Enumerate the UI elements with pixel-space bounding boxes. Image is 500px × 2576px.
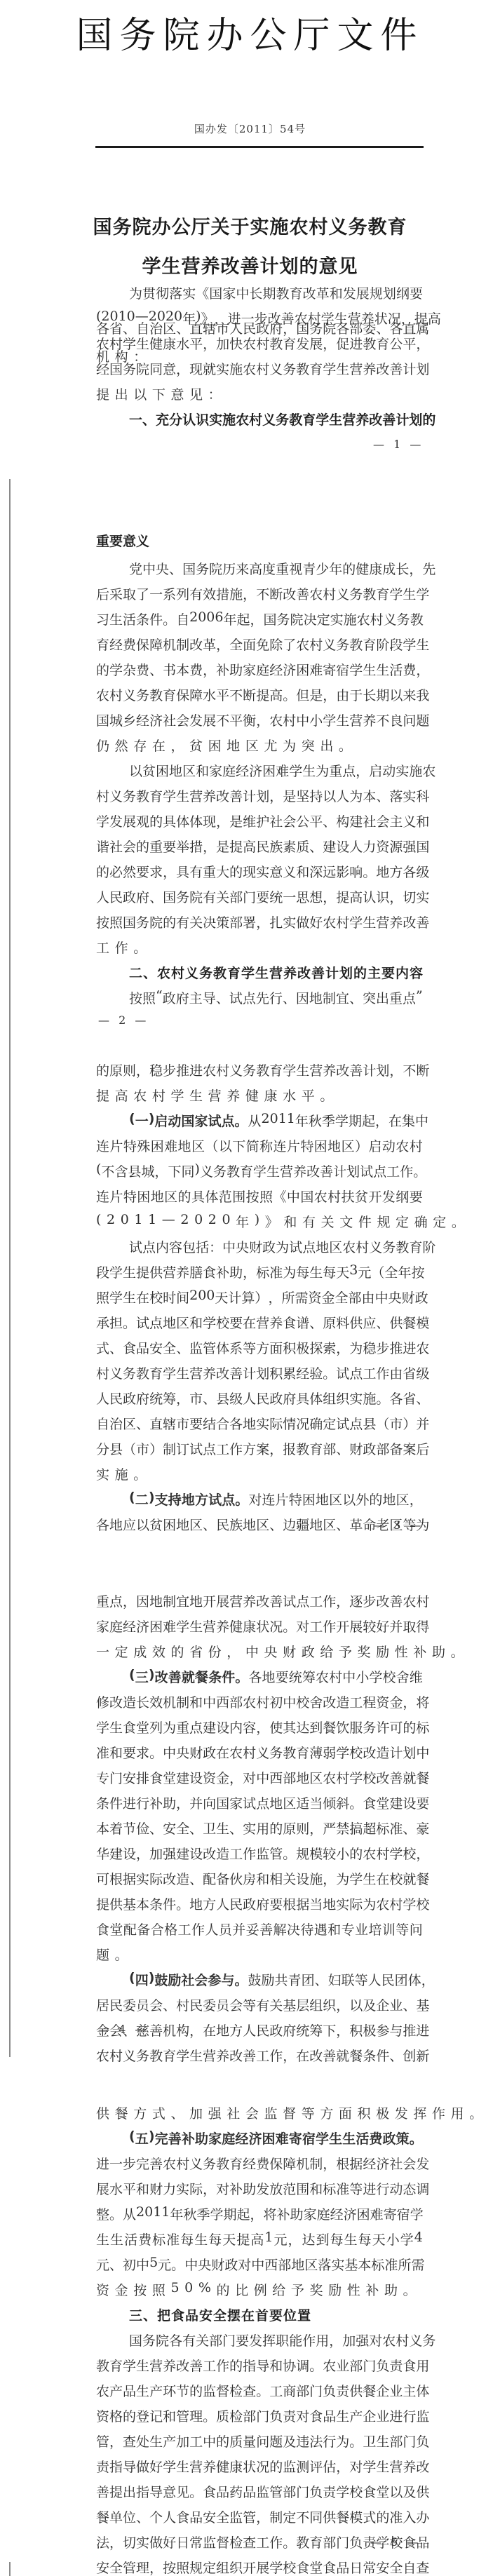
body-text-line: 金会、慈善机构，在地方人民政府统筹下，积极参与推进 [96,2021,423,2042]
body-text-line: 各地应以贫困地区、民族地区、边疆地区、革命老区等为 [96,1515,423,1536]
body-text-line: 农产品生产环节的监督检查。工商部门负责供餐企业主体 [96,2381,423,2402]
body-text-line: 学发展观的具体体现，是维护社会公平、构建社会主义和 [96,811,423,832]
body-text-line: 后采取了一系列有效措施，不断改善农村义务教育学生学 [96,584,423,605]
body-text-line: 按照“政府主导、试点先行、因地制宜、突出重点” [129,988,423,1009]
body-text-line: 的学杂费、书本费，补助家庭经济困难寄宿学生生活费， [96,660,423,681]
body-text-line: 题。 [96,1945,423,1966]
section-heading: 二、农村义务教育学生营养改善计划的主要内容 [129,963,424,984]
body-text-line: 的必然要求，具有重大的现实意义和深远影响。地方各级 [96,862,423,883]
body-text-line: 责指导做好学生营养健康状况的监测评估，对学生营养改 [96,2457,423,2478]
body-text-line: (二)支持地方试点。对连片特困地区以外的地区， [129,1490,423,1511]
body-text-line: 段学生提供营养膳食补助，标准为每生每天3元（全年按 [96,1262,423,1283]
body-text-line: 元、初中5元。中央财政对中西部地区落实基本标准所需 [96,2255,423,2276]
body-text-line: 试点内容包括：中央财政为试点地区农村义务教育阶 [129,1237,423,1258]
page-number-1: — 1 — [373,438,424,451]
body-text-line: (2011—2020年)》和有关文件规定确定。 [96,1212,423,1233]
body-text-line: (三)改善就餐条件。各地要统筹农村中小学校舍维 [129,1667,423,1688]
body-text-line: 提高农村学生营养健康水平。 [96,1086,423,1107]
body-text-line: 学生食堂列为重点建设内容，使其达到餐饮服务许可的标 [96,1718,423,1739]
body-text-line: 党中央、国务院历来高度重视青少年的健康成长，先 [129,559,423,580]
body-text-line: 家庭经济困难学生营养健康状况。对工作开展较好并取得 [96,1617,423,1638]
document-title-line-1: 国务院办公厅关于实施农村义务教育 [0,212,500,239]
body-text-line: 农村义务教育保障水平不断提高。但是，由于长期以来我 [96,685,423,706]
document-header-title: 国务院办公厅文件 [0,6,500,58]
body-text-line: 分县（市）制订试点工作方案，报教育部、财政部备案后 [96,1439,423,1460]
body-text-line: (四)鼓励社会参与。鼓励共青团、妇联等人民团体， [129,1970,423,1991]
body-text-line: 连片特困地区的具体范围按照《中国农村扶贫开发纲要 [96,1187,423,1208]
body-text-line: 食堂配备合格工作人员并妥善解决待遇和专业培训等问 [96,1920,423,1941]
body-text-line: (不含县城，下同)义务教育学生营养改善计划试点工作。 [96,1161,423,1182]
body-text-line: 供餐方式、加强社会监督等方面积极发挥作用。 [96,2103,423,2124]
body-text-line: 国务院各有关部门要发挥职能作用，加强对农村义务 [129,2331,423,2352]
body-text-line: 式、食品安全、监管体系等方面积极探索，为稳步推进农 [96,1338,423,1359]
body-text-line: 以贫困地区和家庭经济困难学生为重点，启动实施农 [129,761,423,782]
page-edge-line [9,2562,11,2576]
body-text-line: 资金按照50%的比例给予奖励性补助。 [96,2280,423,2301]
body-text-line: 专门安排食堂建设资金，对中西部地区农村学校改善就餐 [96,1768,423,1789]
document-number: 国办发〔2011〕54号 [0,121,500,136]
body-text-line: 进一步完善农村义务教育经费保障机制，根据经济社会发 [96,2154,423,2175]
body-text-line: 法，切实做好日常监督检查工作。教育部门负责学校食品 [96,2533,423,2554]
section-heading: 重要意义 [96,531,149,552]
body-text-line: 习生活条件。自2006年起，国务院决定实施农村义务教 [96,609,423,630]
body-text-line: 自治区、直辖市要结合各地实际情况确定试点县（市）并 [96,1414,423,1435]
body-text-line: 居民委员会、村民委员会等有关基层组织，以及企业、基 [96,1995,423,2016]
body-text-line: 修改造长效机制和中西部农村初中校舍改造工程资金，将 [96,1692,423,1713]
body-text-line: 提出以下意见： [96,384,423,405]
body-text-line: 安全管理，按照规定组织开展学校食堂食品日常安全自查 [96,2558,423,2576]
body-text-line: 为贯彻落实《国家中长期教育改革和发展规划纲要 [129,283,423,304]
body-text-line: 重点，因地制宜地开展营养改善试点工作，逐步改善农村 [96,1591,423,1612]
body-text-line: 农村义务教育学生营养改善工作，在改善就餐条件、创新 [96,2046,423,2067]
body-text-line: 本着节俭、安全、卫生、实用的原则，严禁搞超标准、豪 [96,1819,423,1840]
body-text-line: 一定成效的省份，中央财政给予奖励性补助。 [96,1642,423,1663]
body-text-line: 准和要求。中央财政在农村义务教育薄弱学校改造计划中 [96,1743,423,1764]
body-text-line: 国城乡经济社会发展不平衡，农村中小学生营养不良问题 [96,710,423,731]
body-text-line: 经国务院同意，现就实施农村义务教育学生营养改善计划 [96,359,423,380]
body-text-line: 教育学生营养改善工作的指导和协调。农业部门负责食用 [96,2356,423,2377]
body-text-line: 谐社会的重要举措，是提高民族素质、建设人力资源强国 [96,837,423,858]
body-text-line: 人民政府、国务院有关部门要统一思想，提高认识，切实 [96,887,423,908]
body-text-line: 的原则，稳步推进农村义务教育学生营养改善计划，不断 [96,1060,423,1081]
page-edge-line [9,479,11,2057]
page-number-2: — 2 — [98,1013,149,1027]
body-text-line: 华建设，加强建设改造工作监管。规模较小的农村学校， [96,1844,423,1865]
body-text-line: (五)完善补助家庭经济困难寄宿学生生活费政策。 [129,2129,423,2150]
body-text-line: 照学生在校时间200天计算），所需资金全部由中央财政 [96,1288,423,1309]
body-text-line: 实施。 [96,1464,423,1485]
body-text-line: 餐单位、个人食品安全监管，制定不同供餐模式的准入办 [96,2507,423,2528]
body-text-line: 善提出指导意见。食品药品监管部门负责学校食堂以及供 [96,2482,423,2503]
body-text-line: 展水平和财力实际，对补助发放范围和标准等进行动态调 [96,2179,423,2200]
section-heading: 一、充分认识实施农村义务教育学生营养改善计划的 [129,410,423,431]
body-text-line: 人民政府统筹，市、县级人民政府具体组织实施。各省、 [96,1389,423,1410]
body-text-line: 工作。 [96,938,423,959]
body-text-line: 提供基本条件。地方人民政府要根据当地实际为农村学校 [96,1894,423,1915]
header-divider [95,146,424,148]
body-text-line: 管，查处生产加工中的质量问题及违法行为。卫生部门负 [96,2432,423,2453]
body-text-line: 条件进行补助，并向国家试点地区适当倾斜。食堂建设要 [96,1793,423,1814]
body-text-line: (一)启动国家试点。从2011年秋季学期起，在集中 [129,1111,423,1132]
body-text-line: 承担。试点地区和学校要在营养食谱、原料供应、供餐模 [96,1313,423,1334]
body-text-line: 村义务教育学生营养改善计划积累经验。试点工作由省级 [96,1363,423,1384]
body-text-line: 生生活费标准每生每天提高1元，达到每生每天小学4 [96,2230,423,2251]
body-text-line: 可根据实际改造、配备伙房和相关设施，为学生在校就餐 [96,1869,423,1890]
body-text-line: 村义务教育学生营养改善计划，是坚持以人为本、落实科 [96,786,423,807]
body-text-line: (2010—2020年)》，进一步改善农村学生营养状况，提高 [96,309,423,330]
document-title-line-2: 学生营养改善计划的意见 [0,251,500,278]
body-text-line: 仍然存在，贫困地区尤为突出。 [96,736,423,757]
body-text-line: 农村学生健康水平，加快农村教育发展，促进教育公平， [96,334,423,355]
body-text-line: 按照国务院的有关决策部署，扎实做好农村学生营养改善 [96,912,423,933]
body-text-line: 整。从2011年秋季学期起，将补助家庭经济困难寄宿学 [96,2204,423,2225]
body-text-line: 资格的登记和管理。质检部门负责对食品生产企业进行监 [96,2406,423,2427]
body-text-line: 连片特殊困难地区（以下简称连片特困地区）启动农村 [96,1136,423,1157]
body-text-line: 育经费保障机制改革，全面免除了农村义务教育阶段学生 [96,635,423,656]
section-heading: 三、把食品安全摆在首要位置 [129,2305,311,2326]
